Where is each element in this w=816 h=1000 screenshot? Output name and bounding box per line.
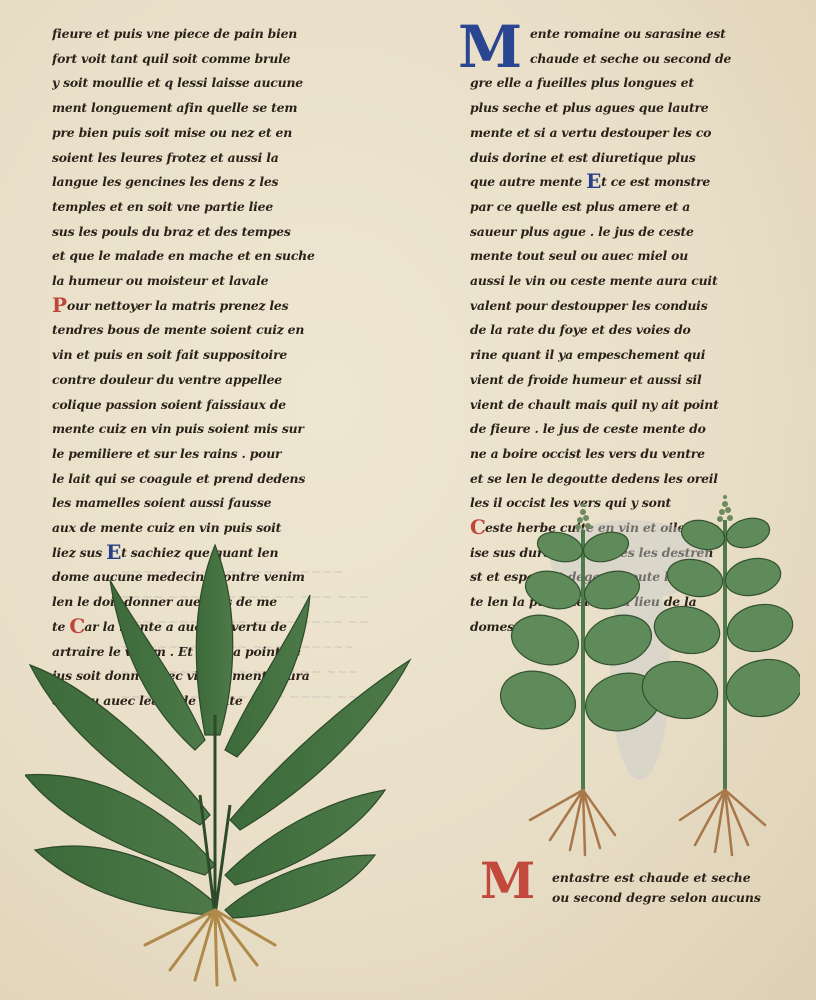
plant-icon: [490, 490, 800, 860]
text-line: valent pour destoupper les conduis: [470, 294, 795, 319]
text-line-with-initial: que autre mente Et ce est monstre: [470, 170, 795, 195]
text-line: et que le malade en mache et en suche: [52, 244, 387, 269]
text-line: de la rate du foye et des voies do: [470, 318, 795, 343]
text-line: pre bien puis soit mise ou nez et en: [52, 121, 387, 146]
bottom-entry-text: entastre est chaude et seche ou second d…: [552, 868, 802, 908]
text-line: fieure et puis vne piece de pain bien: [52, 22, 387, 47]
rubric-initial-p: P: [52, 296, 65, 314]
text-line: le pemiliere et sur les rains . pour: [52, 442, 387, 467]
text-line: ment longuement afin quelle se tem: [52, 96, 387, 121]
text-line: par ce quelle est plus amere et a: [470, 195, 795, 220]
plant-icon: [25, 535, 415, 990]
text-line: duis dorine et est diuretique plus: [470, 146, 795, 171]
text-line: colique passion soient faissiaux de: [52, 393, 387, 418]
text-line: et se len le degoutte dedens les oreil: [470, 467, 795, 492]
rubric-initial-c: C: [470, 518, 483, 536]
text-line: mente cuiz en vin puis soient mis sur: [52, 417, 387, 442]
text-line: ou second degre selon aucuns: [552, 888, 802, 908]
text-line-with-initial: Pour nettoyer la matris prenez les: [52, 294, 387, 319]
manuscript-page: ~~~ ~~~~~ ~~~ ~~~~ ~~~~ ~~~~ ~~~ ~~~~~~ …: [0, 0, 816, 1000]
decorated-initial-m-red: M: [480, 856, 535, 906]
text-line: contre douleur du ventre appellee: [52, 368, 387, 393]
text-line: temples et en soit vne partie liee: [52, 195, 387, 220]
text-line: entastre est chaude et seche: [552, 868, 802, 888]
text-line: vient de chault mais quil ny ait point: [470, 393, 795, 418]
text-line: les mamelles soient aussi fausse: [52, 491, 387, 516]
blue-initial-e: E: [586, 172, 599, 190]
text-line: chaude et seche ou second de: [470, 47, 795, 72]
text-line: vin et puis en soit fait suppositoire: [52, 343, 387, 368]
text-line: le lait qui se coagule et prend dedens: [52, 467, 387, 492]
text-line: aussi le vin ou ceste mente aura cuit: [470, 269, 795, 294]
text-line: y soit moullie et q lessi laisse aucune: [52, 71, 387, 96]
text-line: saueur plus ague . le jus de ceste: [470, 220, 795, 245]
text-line: sus les pouls du braz et des tempes: [52, 220, 387, 245]
text-line: tendres bous de mente soient cuiz en: [52, 318, 387, 343]
text-line: gre elle a fueilles plus longues et: [470, 71, 795, 96]
text-line: de fieure . le jus de ceste mente do: [470, 417, 795, 442]
text-line: mente tout seul ou auec miel ou: [470, 244, 795, 269]
text-line: ne a boire occist les vers du ventre: [470, 442, 795, 467]
text-line: mente et si a vertu destouper les co: [470, 121, 795, 146]
text-line: la humeur ou moisteur et lavale: [52, 269, 387, 294]
text-line: plus seche et plus agues que lautre: [470, 96, 795, 121]
text-line: rine quant il ya empeschement qui: [470, 343, 795, 368]
illustration-mint-plant: [25, 535, 415, 990]
text-line: vient de froide humeur et aussi sil: [470, 368, 795, 393]
text-line: fort voit tant quil soit comme brule: [52, 47, 387, 72]
text-line: ente romaine ou sarasine est: [470, 22, 795, 47]
text-line: soient les leures frotez et aussi la: [52, 146, 387, 171]
illustration-mentastre-plants: [490, 490, 800, 860]
text-line: langue les gencines les dens z les: [52, 170, 387, 195]
